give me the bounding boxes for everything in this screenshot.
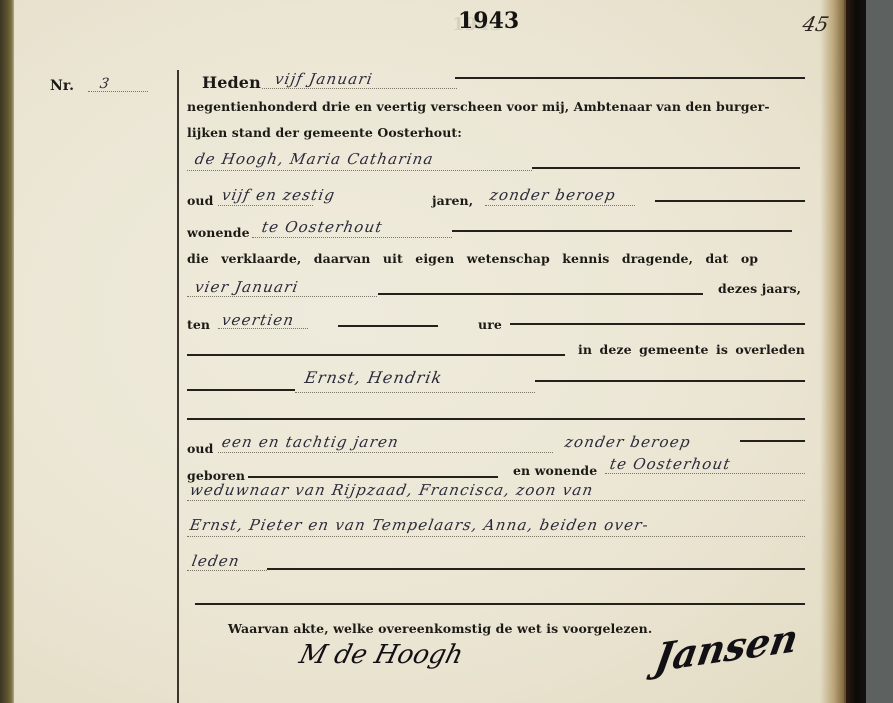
death-date-dots <box>187 296 377 297</box>
record-number-dots <box>88 91 148 92</box>
label-ure: ure <box>478 317 502 332</box>
field-declarant-name: de Hoogh, Maria Catharina <box>193 150 435 168</box>
field-remarks-line-3: leden <box>190 552 241 570</box>
blank-rule <box>187 418 805 420</box>
field-deceased-occupation: zonder beroep <box>563 433 692 451</box>
closing-rule <box>195 603 805 605</box>
deceased-residence-dots <box>605 473 805 474</box>
overleden-rule <box>187 354 565 356</box>
folio-number: 45 <box>800 12 831 36</box>
declarant-name-rule <box>532 167 800 169</box>
text-closing: Waarvan akte, welke overeenkomstig de we… <box>228 621 652 636</box>
remarks-rule-3 <box>267 568 805 570</box>
hour-rule <box>338 325 438 327</box>
death-date-rule <box>378 293 703 295</box>
field-deceased-residence: te Oosterhout <box>608 455 732 473</box>
register-year: 1943 <box>458 8 519 34</box>
occupation-rule <box>655 200 805 202</box>
declarant-residence-dots <box>252 237 452 238</box>
record-number-label: Nr. <box>50 78 74 94</box>
margin-divider <box>177 70 179 703</box>
field-remarks-line-2: Ernst, Pieter en van Tempelaars, Anna, b… <box>188 516 650 534</box>
label-dezes-jaars: dezes jaars, <box>718 281 801 296</box>
label-en-wonende: en wonende <box>513 463 597 478</box>
ure-rule <box>510 323 805 325</box>
deceased-occupation-rule <box>740 440 805 442</box>
remarks-dots-3 <box>187 570 267 571</box>
deceased-name-rule-right <box>535 380 805 382</box>
text-declaration: die verklaarde, daarvan uit eigen wetens… <box>187 251 758 266</box>
heden-dots <box>262 88 457 89</box>
field-remarks-line-1: weduwnaar van Rijpzaad, Francisca, zoon … <box>188 481 595 499</box>
declarant-name-dots <box>187 170 532 171</box>
label-jaren: jaren, <box>432 193 473 208</box>
deceased-name-dots <box>295 392 535 393</box>
residence-rule <box>452 230 792 232</box>
field-declarant-residence: te Oosterhout <box>260 218 384 236</box>
field-death-hour: veertien <box>220 311 296 329</box>
remarks-dots-1 <box>187 500 805 501</box>
signature-declarant: M de Hoogh <box>296 640 466 670</box>
label-oud-deceased: oud <box>187 441 213 456</box>
field-deceased-name: Ernst, Hendrik <box>303 368 444 387</box>
birthplace-rule <box>248 476 498 478</box>
label-oud: oud <box>187 193 213 208</box>
field-declarant-occupation: zonder beroep <box>488 186 617 204</box>
label-wonende: wonende <box>187 225 250 240</box>
declarant-age-dots <box>218 205 313 206</box>
field-date-of-registration: vijf Januari <box>273 70 374 88</box>
heden-rule <box>455 77 805 79</box>
document-scan: 1943 1943 45 Nr. 3 Heden vijf Januari ne… <box>0 0 893 703</box>
remarks-dots-2 <box>187 536 805 537</box>
deceased-age-dots <box>218 452 553 453</box>
text-line-2: negentienhonderd drie en veertig versche… <box>187 99 770 114</box>
book-gutter <box>846 0 866 703</box>
field-declarant-age: vijf en zestig <box>220 186 336 204</box>
field-deceased-age: een en tachtig jaren <box>220 433 400 451</box>
scan-backdrop <box>866 0 893 703</box>
deceased-name-rule-left <box>187 389 295 391</box>
field-death-date: vier Januari <box>193 278 300 296</box>
label-heden: Heden <box>202 73 261 92</box>
declarant-occupation-dots <box>485 205 635 206</box>
text-line-3: lijken stand der gemeente Oosterhout: <box>187 125 462 140</box>
text-overleden: in deze gemeente is overleden <box>578 342 805 357</box>
label-ten: ten <box>187 317 210 332</box>
